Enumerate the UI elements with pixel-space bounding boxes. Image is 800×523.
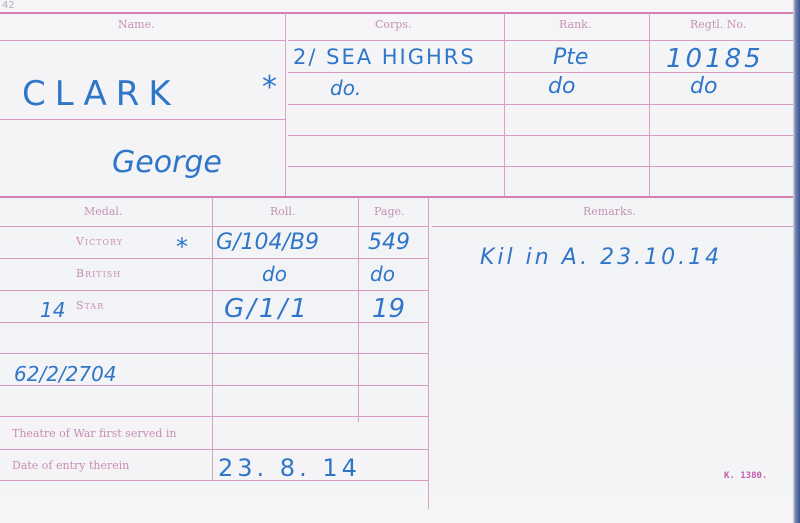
name-header: Name. [118,18,155,31]
star-prefix: 14 [40,298,65,322]
corps-ditto: do. [330,76,361,100]
page-header: Page. [374,205,405,218]
victory-page: 549 [368,230,410,255]
date-entry-value: 23. 8. 14 [218,454,361,482]
corps-entry: 2/ SEA HIGHRS [293,45,476,69]
remarks-header: Remarks. [583,205,636,218]
col-rule-name [285,13,286,196]
roll-header: Roll. [270,205,295,218]
medal-row-rule-4 [0,353,428,354]
medal-header: Medal. [84,205,122,218]
british-roll: do [262,262,287,286]
top-rule [0,12,793,14]
remarks-entry: Kil in A. 23.10.14 [480,245,722,270]
col-rule-roll [358,197,359,422]
extra-reference: 62/2/2704 [14,362,117,386]
date-entry-label: Date of entry therein [12,459,129,472]
corps-header-rule [288,40,793,41]
regt-no-entry: 10185 [666,44,764,74]
col-rule-rank [649,13,650,196]
name-header-rule [0,40,285,41]
star-page: 19 [372,294,405,324]
victory-marker: * [176,233,188,261]
marker-asterisk: * [262,70,277,105]
rank-header: Rank. [559,18,591,31]
row-rule-3 [288,135,793,136]
british-page: do [370,262,395,286]
surname: CLARK [22,74,180,114]
section-divider [0,196,793,198]
col-rule-corps [504,13,505,196]
medal-index-card: 42 Name. Corps. Rank. Regtl. No. CLARK *… [0,0,800,523]
regt-no-ditto: do [690,74,717,99]
corps-header: Corps. [375,18,411,31]
medal-row-rule-2 [0,290,428,291]
medal-label-star: Star [76,299,104,312]
medal-row-rule-6 [0,416,428,417]
row-rule-2 [288,104,793,105]
forename: George [112,145,222,180]
star-roll: G/1/1 [224,294,310,324]
medal-header-rule [0,226,428,227]
medal-label-victory: Victory [76,235,123,248]
form-code: K. 1380. [724,471,767,481]
medal-row-rule-1 [0,258,428,259]
row-rule-4 [288,166,793,167]
medal-row-rule-3 [0,322,428,323]
regt-no-header: Regtl. No. [690,18,746,31]
col-rule-page [428,197,429,509]
col-rule-medal [212,197,213,481]
theatre-label: Theatre of War first served in [12,427,176,440]
victory-roll: G/104/B9 [216,230,319,255]
remarks-header-rule [432,226,793,227]
medal-label-british: British [76,267,121,280]
corner-mark: 42 [2,0,15,11]
card-edge [793,0,800,523]
rank-entry: Pte [553,45,588,70]
rank-ditto: do [548,74,575,99]
medal-row-rule-7 [0,449,428,450]
medal-row-rule-8 [0,480,428,481]
name-mid-rule [0,119,285,120]
